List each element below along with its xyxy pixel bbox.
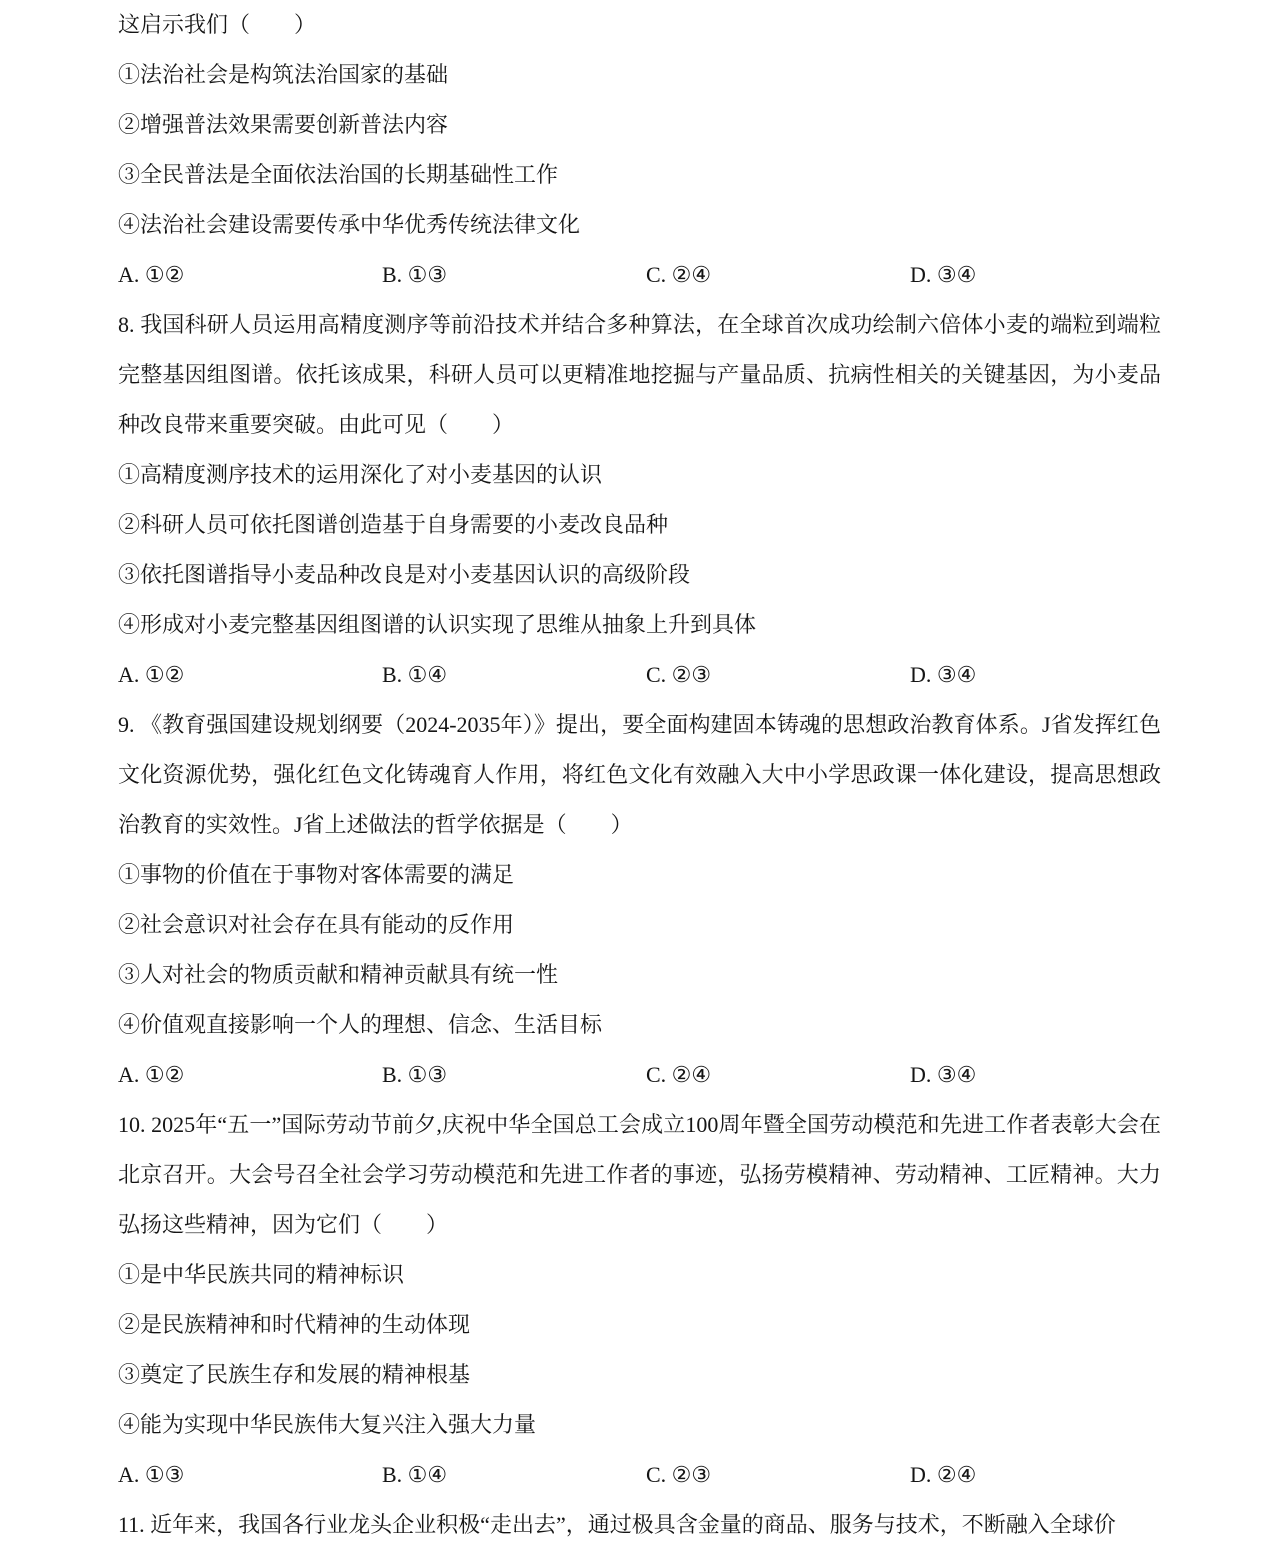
question-stem: 11. 近年来，我国各行业龙头企业积极“走出去”，通过极具含金量的商品、服务与技… xyxy=(118,1500,1161,1550)
choice-a: A. ①② xyxy=(118,650,382,700)
choice-a: A. ①③ xyxy=(118,1450,382,1500)
question-item: ③依托图谱指导小麦品种改良是对小麦基因认识的高级阶段 xyxy=(118,550,1161,600)
choice-row: A. ①③ B. ①④ C. ②③ D. ②④ xyxy=(118,1450,1161,1500)
question-stem: 这启示我们（ ） xyxy=(118,0,1161,50)
question-10: 10. 2025年“五一”国际劳动节前夕,庆祝中华全国总工会成立100周年暨全国… xyxy=(118,1100,1161,1500)
question-item: ①事物的价值在于事物对客体需要的满足 xyxy=(118,850,1161,900)
choice-a: A. ①② xyxy=(118,1050,382,1100)
question-item: ③人对社会的物质贡献和精神贡献具有统一性 xyxy=(118,950,1161,1000)
question-item: ①高精度测序技术的运用深化了对小麦基因的认识 xyxy=(118,450,1161,500)
choice-d: D. ②④ xyxy=(910,1450,1161,1500)
question-stem: 9. 《教育强国建设规划纲要（2024-2035年）》提出，要全面构建固本铸魂的… xyxy=(118,700,1161,850)
question-item: ②科研人员可依托图谱创造基于自身需要的小麦改良品种 xyxy=(118,500,1161,550)
choice-row: A. ①② B. ①③ C. ②④ D. ③④ xyxy=(118,250,1161,300)
question-item: ②社会意识对社会存在具有能动的反作用 xyxy=(118,900,1161,950)
question-item: ④能为实现中华民族伟大复兴注入强大力量 xyxy=(118,1400,1161,1450)
question-item: ①法治社会是构筑法治国家的基础 xyxy=(118,50,1161,100)
question-item: ①是中华民族共同的精神标识 xyxy=(118,1250,1161,1300)
exam-document-page: 这启示我们（ ） ①法治社会是构筑法治国家的基础 ②增强普法效果需要创新普法内容… xyxy=(0,0,1279,1552)
question-item: ②是民族精神和时代精神的生动体现 xyxy=(118,1300,1161,1350)
question-item: ②增强普法效果需要创新普法内容 xyxy=(118,100,1161,150)
choice-row: A. ①② B. ①④ C. ②③ D. ③④ xyxy=(118,650,1161,700)
choice-b: B. ①④ xyxy=(382,1450,646,1500)
choice-c: C. ②③ xyxy=(646,1450,910,1500)
choice-b: B. ①③ xyxy=(382,250,646,300)
choice-b: B. ①④ xyxy=(382,650,646,700)
choice-c: C. ②④ xyxy=(646,1050,910,1100)
question-item: ③全民普法是全面依法治国的长期基础性工作 xyxy=(118,150,1161,200)
question-item: ④法治社会建设需要传承中华优秀传统法律文化 xyxy=(118,200,1161,250)
question-11-partial: 11. 近年来，我国各行业龙头企业积极“走出去”，通过极具含金量的商品、服务与技… xyxy=(118,1500,1161,1550)
choice-a: A. ①② xyxy=(118,250,382,300)
choice-row: A. ①② B. ①③ C. ②④ D. ③④ xyxy=(118,1050,1161,1100)
question-item: ④形成对小麦完整基因组图谱的认识实现了思维从抽象上升到具体 xyxy=(118,600,1161,650)
choice-c: C. ②③ xyxy=(646,650,910,700)
question-9: 9. 《教育强国建设规划纲要（2024-2035年）》提出，要全面构建固本铸魂的… xyxy=(118,700,1161,1100)
choice-d: D. ③④ xyxy=(910,1050,1161,1100)
question-stem: 8. 我国科研人员运用高精度测序等前沿技术并结合多种算法，在全球首次成功绘制六倍… xyxy=(118,300,1161,450)
choice-d: D. ③④ xyxy=(910,650,1161,700)
question-item: ④价值观直接影响一个人的理想、信念、生活目标 xyxy=(118,1000,1161,1050)
question-8: 8. 我国科研人员运用高精度测序等前沿技术并结合多种算法，在全球首次成功绘制六倍… xyxy=(118,300,1161,700)
question-item: ③奠定了民族生存和发展的精神根基 xyxy=(118,1350,1161,1400)
choice-c: C. ②④ xyxy=(646,250,910,300)
question-stem: 10. 2025年“五一”国际劳动节前夕,庆祝中华全国总工会成立100周年暨全国… xyxy=(118,1100,1161,1250)
question-7-partial: 这启示我们（ ） ①法治社会是构筑法治国家的基础 ②增强普法效果需要创新普法内容… xyxy=(118,0,1161,300)
choice-b: B. ①③ xyxy=(382,1050,646,1100)
choice-d: D. ③④ xyxy=(910,250,1161,300)
